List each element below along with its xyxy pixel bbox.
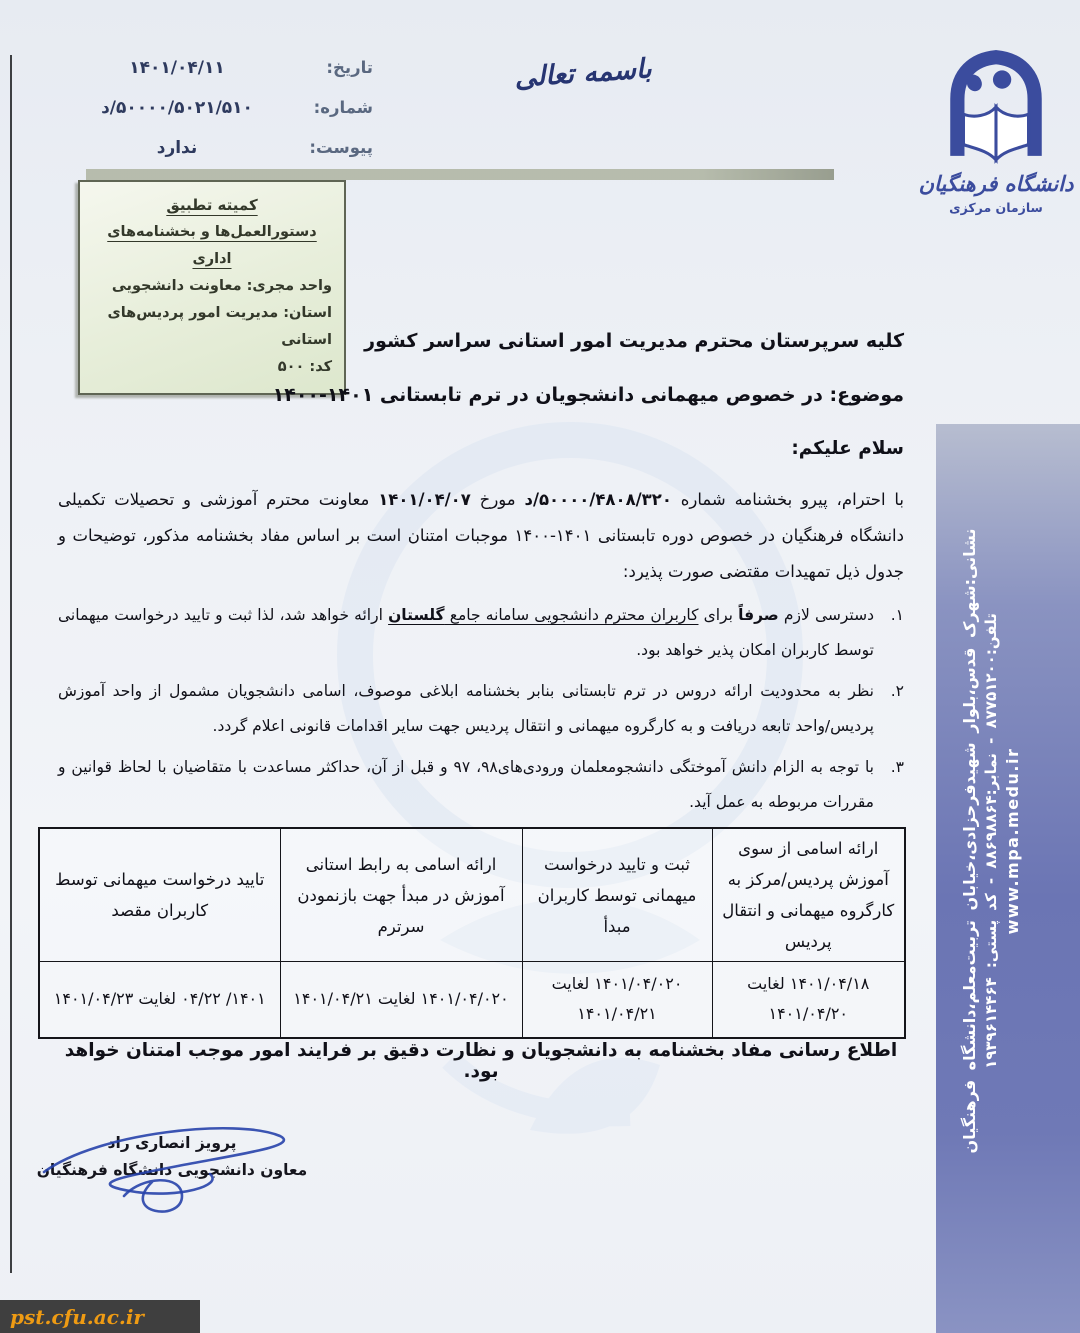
table-date-cell: ۱۴۰۱/ ۰۴/۲۲ لغایت ۱۴۰۱/۰۴/۲۳ [39, 962, 280, 1038]
table-header-cell: ثبت و تایید درخواست میهمانی توسط کاربران… [522, 828, 712, 962]
intro-text: مورخ [471, 490, 525, 509]
organization-name: سازمان مرکزی [912, 200, 1080, 215]
list-item: ۱. دسترسی لازم صرفاً برای کاربران محترم … [58, 598, 904, 668]
attachment-value: ندارد [55, 138, 299, 158]
item-text-segment: دسترسی لازم [779, 606, 874, 624]
signer-title: معاون دانشجویی دانشگاه فرهنگیان [36, 1157, 308, 1184]
numbered-items-list: ۱. دسترسی لازم صرفاً برای کاربران محترم … [58, 598, 904, 826]
scanned-letter-page: نشانی:شهرک قدس،بلوار شهیدفرحزادی،خیابان … [0, 0, 1080, 1333]
item-text-segment: برای [698, 606, 738, 624]
badge-text: pst.cfu.ac.ir [10, 1305, 144, 1329]
salutation-line: سلام علیکم: [58, 438, 904, 459]
letter-header-fields: تاریخ: ۱۴۰۱/۰۴/۱۱ شماره: ۵۰۰۰۰/۵۰۲۱/۵۱۰/… [55, 58, 373, 178]
subject-line: موضوع: در خصوص میهمانی دانشجویان در ترم … [58, 384, 904, 406]
university-emblem-icon [935, 46, 1057, 166]
address-line: نشانی:شهرک قدس،بلوار شهیدفرحزادی،خیابان … [960, 450, 979, 1232]
recipient-line: کلیه سرپرستان محترم مدیریت امور استانی س… [58, 330, 904, 352]
table-header-row: ارائه اسامی از سوی آموزش پردیس/مرکز به ک… [39, 828, 905, 962]
guest-schedule-table: ارائه اسامی از سوی آموزش پردیس/مرکز به ک… [38, 827, 906, 1039]
phone-fax-postal-line: تلفن:۸۷۷۵۱۲۰۰ - نمابر:۸۸۶۹۸۸۶۴ - کد پستی… [982, 450, 1000, 1232]
table-header-cell: ارائه اسامی از سوی آموزش پردیس/مرکز به ک… [712, 828, 905, 962]
signer-name: پرویز انصاری راد [36, 1130, 308, 1157]
item-number: ۳. [874, 750, 904, 820]
contact-info-text: نشانی:شهرک قدس،بلوار شهیدفرحزادی،خیابان … [948, 450, 1034, 1232]
table-date-cell: ۱۴۰۱/۰۴/۰۲۰ لغایت ۱۴۰۱/۰۴/۲۱ [522, 962, 712, 1038]
number-label: شماره: [299, 98, 373, 117]
stamp-title-1: کمیته تطبیق [92, 192, 332, 219]
stamp-title-2: دستورالعمل‌ها و بخشنامه‌های اداری [92, 219, 332, 273]
signature-block: پرویز انصاری راد معاون دانشجویی دانشگاه … [36, 1130, 308, 1184]
university-name: دانشگاه فرهنگیان [912, 172, 1080, 196]
stamp-scan-artifact-strip [86, 169, 834, 180]
emphasized-word: صرفاً [738, 606, 779, 624]
number-row: شماره: ۵۰۰۰۰/۵۰۲۱/۵۱۰/د [55, 98, 373, 138]
table-date-cell: ۱۴۰۱/۰۴/۰۲۰ لغایت ۱۴۰۱/۰۴/۲۱ [280, 962, 522, 1038]
number-value: ۵۰۰۰۰/۵۰۲۱/۵۱۰/د [55, 98, 299, 118]
item-text: دسترسی لازم صرفاً برای کاربران محترم دان… [58, 598, 874, 668]
stamp-executing-unit: واحد مجری: معاونت دانشجویی [92, 273, 332, 300]
table-date-cell: ۱۴۰۱/۰۴/۱۸ لغایت ۱۴۰۱/۰۴/۲۰ [712, 962, 905, 1038]
source-watermark-badge: pst.cfu.ac.ir [0, 1300, 200, 1333]
intro-text: با احترام، پیرو بخشنامه شماره [672, 490, 904, 509]
intro-paragraph: با احترام، پیرو بخشنامه شماره ۵۰۰۰۰/۴۸۰۸… [58, 482, 904, 590]
closing-line: اطلاع رسانی مفاد بخشنامه به دانشجویان و … [58, 1040, 904, 1082]
table-header-cell: ارائه اسامی به رابط استانی آموزش در مبدأ… [280, 828, 522, 962]
date-label: تاریخ: [299, 58, 373, 77]
table-header-cell: تایید درخواست میهمانی توسط کاربران مقصد [39, 828, 280, 962]
list-item: ۲. نظر به محدودیت ارائه دروس در ترم تابس… [58, 674, 904, 744]
list-item: ۳. با توجه به الزام دانش آموختگی دانشجوم… [58, 750, 904, 820]
item-number: ۱. [874, 598, 904, 668]
golestan-system-name: گلستان [388, 606, 445, 624]
attachment-label: پیوست: [299, 138, 373, 157]
date-row: تاریخ: ۱۴۰۱/۰۴/۱۱ [55, 58, 373, 98]
underlined-phrase: کاربران محترم دانشجویی سامانه جامع [445, 606, 699, 624]
item-text: با توجه به الزام دانش آموختگی دانشجومعلم… [58, 750, 874, 820]
table-row: ۱۴۰۱/۰۴/۱۸ لغایت ۱۴۰۱/۰۴/۲۰ ۱۴۰۱/۰۴/۰۲۰ … [39, 962, 905, 1038]
referenced-circular-date: ۱۴۰۱/۰۴/۰۷ [378, 490, 471, 509]
item-number: ۲. [874, 674, 904, 744]
item-text: نظر به محدودیت ارائه دروس در ترم تابستان… [58, 674, 874, 744]
bismillah-calligraphy: باسمه تعالی [477, 51, 689, 97]
left-margin-rule [10, 55, 12, 1273]
compliance-committee-stamp: کمیته تطبیق دستورالعمل‌ها و بخشنامه‌های … [78, 180, 346, 395]
university-logo: دانشگاه فرهنگیان سازمان مرکزی [912, 46, 1080, 215]
date-value: ۱۴۰۱/۰۴/۱۱ [55, 58, 299, 78]
referenced-circular-number: ۵۰۰۰۰/۴۸۰۸/۳۲۰/د [524, 490, 671, 509]
website-link[interactable]: www.mpa.medu.ir [1003, 450, 1022, 1232]
stamp-code: کد: ۵۰۰ [92, 354, 332, 381]
